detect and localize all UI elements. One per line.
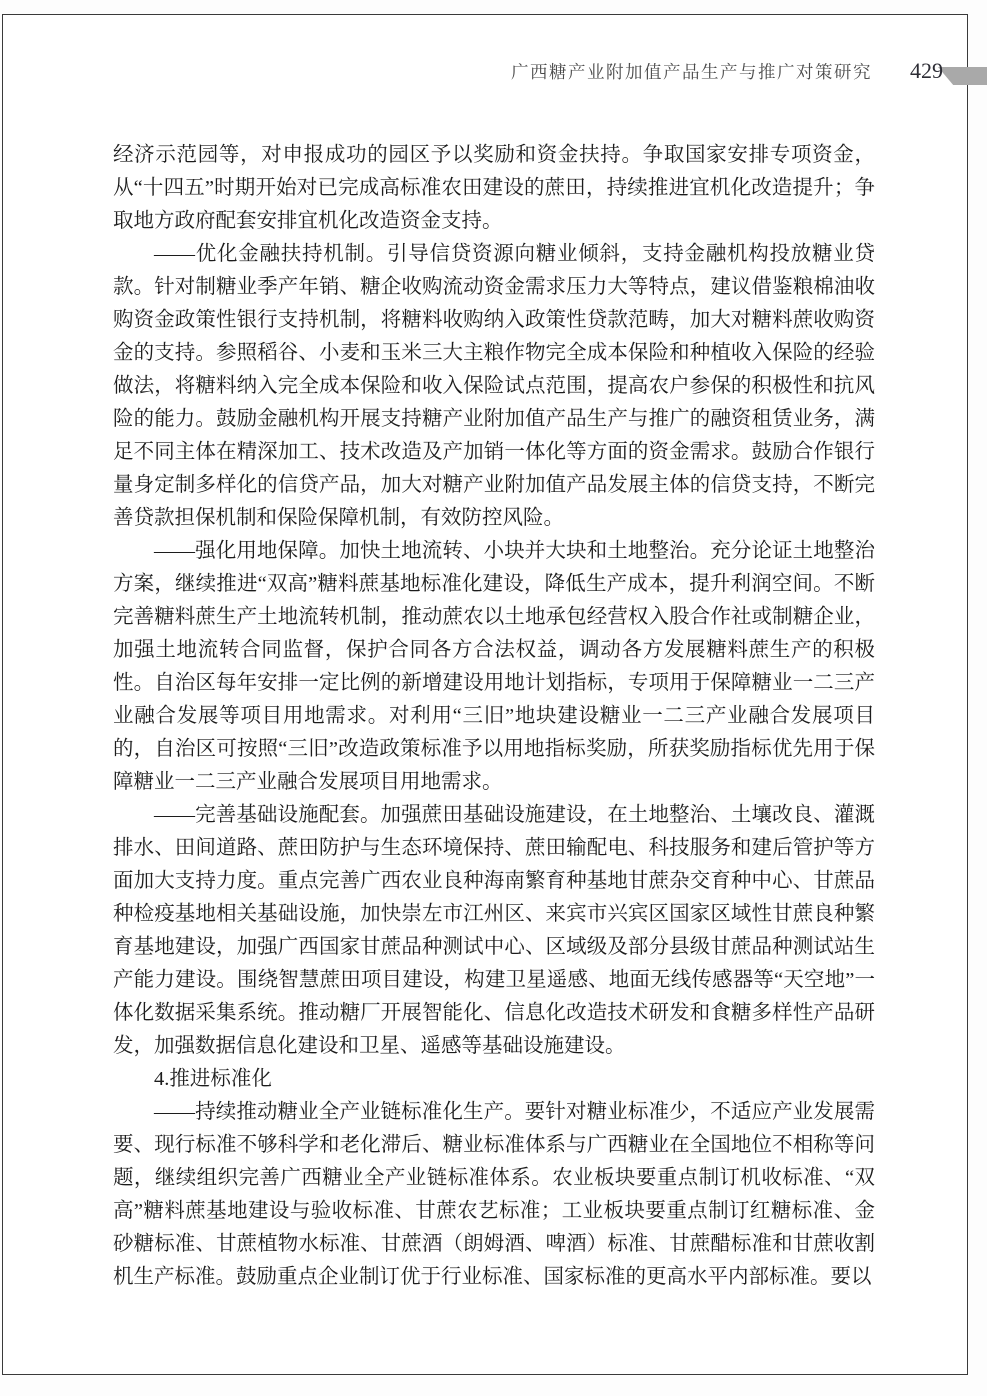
paragraph-standardization: ——持续推动糖业全产业链标准化生产。要针对糖业标准少，不适应产业发展需要、现行标… [113, 1096, 875, 1294]
body-text: 经济示范园等，对申报成功的园区予以奖励和资金扶持。争取国家安排专项资金，从“十四… [113, 139, 875, 1294]
paragraph-finance-support: ——优化金融扶持机制。引导信贷资源向糖业倾斜，支持金融机构投放糖业贷款。针对制糖… [113, 238, 875, 535]
section-heading-standardization: 4.推进标准化 [113, 1063, 875, 1096]
page-number: 429 [910, 58, 943, 84]
paragraph-continuation: 经济示范园等，对申报成功的园区予以奖励和资金扶持。争取国家安排专项资金，从“十四… [113, 139, 875, 238]
book-page: 广西糖产业附加值产品生产与推广对策研究 429 经济示范园等，对申报成功的园区予… [0, 0, 987, 1396]
paragraph-infrastructure: ——完善基础设施配套。加强蔗田基础设施建设，在土地整治、土壤改良、灌溉排水、田间… [113, 799, 875, 1063]
running-header: 广西糖产业附加值产品生产与推广对策研究 429 [113, 58, 943, 84]
running-header-title: 广西糖产业附加值产品生产与推广对策研究 [511, 59, 872, 84]
paragraph-land-guarantee: ——强化用地保障。加快土地流转、小块并大块和土地整治。充分论证土地整治方案，继续… [113, 535, 875, 799]
